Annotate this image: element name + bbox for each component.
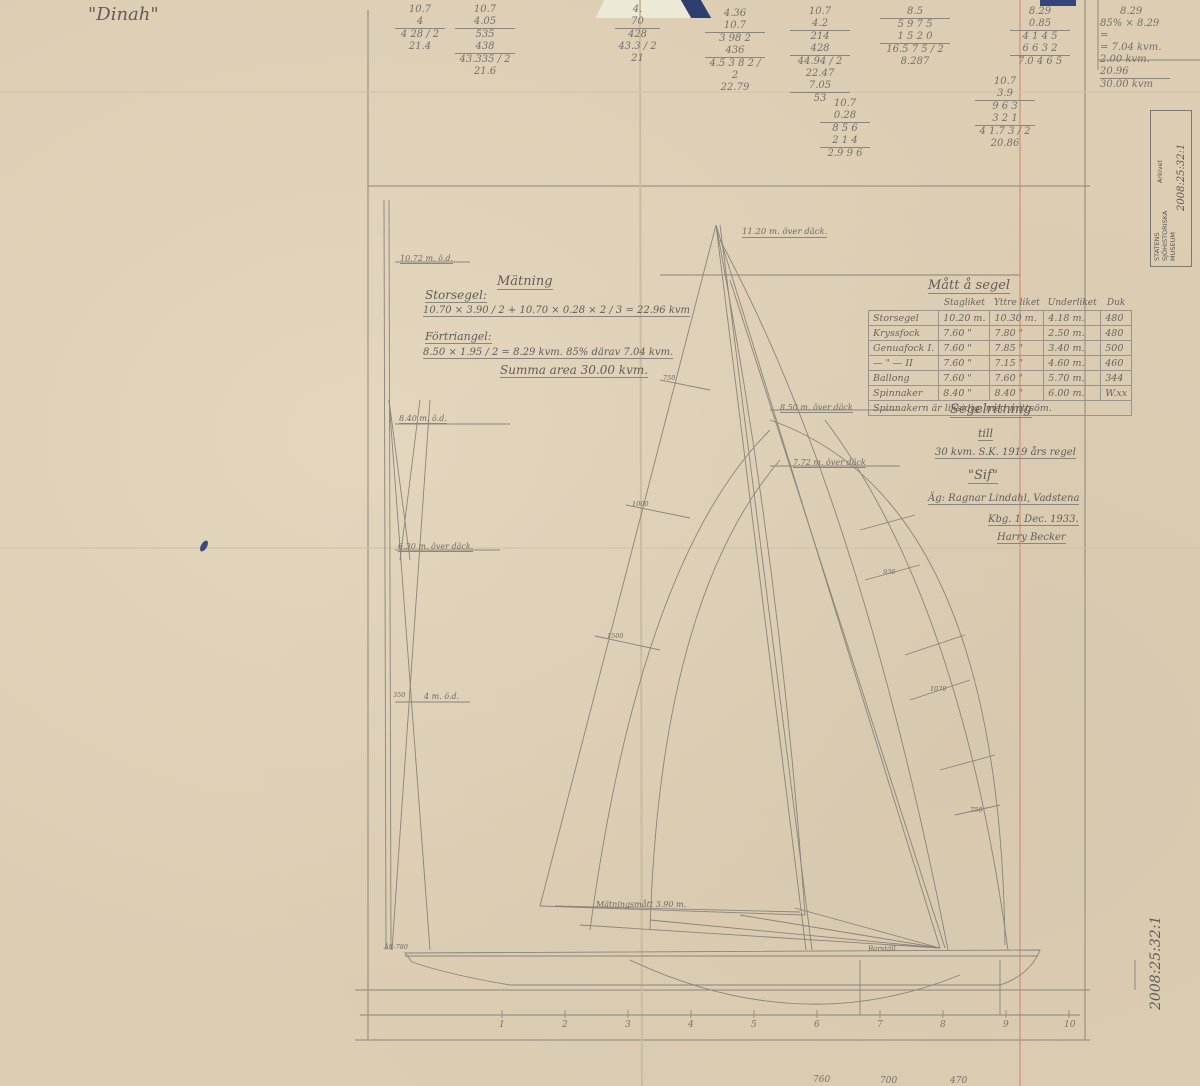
calc-col-5: 10.74.221442844.94 / 222.477.0553 <box>790 6 850 105</box>
table-cell: 500 <box>1101 341 1132 356</box>
table-cell: 7.60 " <box>990 371 1044 386</box>
table-cell: 10.20 m. <box>939 311 990 326</box>
table-header <box>869 296 939 311</box>
table-cell: 480 <box>1101 326 1132 341</box>
dim-mark: Ält-780 <box>384 943 408 951</box>
left-label-4: 4 m. ö.d. <box>424 692 459 701</box>
table-row: Kryssfock 7.60 " 7.80 " 2.50 m. 480 <box>869 326 1132 341</box>
signature: Harry Becker <box>997 532 1066 544</box>
foretriangle-label: Förtriangel: <box>425 330 492 344</box>
calc-col-8: 10.73.99 6 33 2 14 1.7 3 / 220.86 <box>975 76 1035 150</box>
scale-tick: 5 <box>751 1020 757 1030</box>
calc-col-7: 8.290.854 1 4 56 6 3 27.0 4 6 5 <box>1010 6 1070 68</box>
calc-col-1: 10.744 28 / 221.4 <box>395 4 445 53</box>
scale-tick: 1 <box>499 1020 505 1030</box>
table-cell: 4.60 m. <box>1044 356 1101 371</box>
table-cell: — " — II <box>869 356 939 371</box>
table-header: Stagliket <box>939 296 990 311</box>
table-row: Genuafock I. 7.60 " 7.85 " 3.40 m. 500 <box>869 341 1132 356</box>
calc-col-6: 8.55 9 7 51 5 2 016.5 7 5 / 28.287 <box>880 6 950 68</box>
scale-tick: 6 <box>814 1020 820 1030</box>
scale-tick: 2 <box>562 1020 568 1030</box>
table-cell: 480 <box>1101 311 1132 326</box>
table-row: — " — II 7.60 " 7.15 " 4.60 m. 460 <box>869 356 1132 371</box>
calc-col-4: 4.3610.73 98 24364.5 3 8 2 / 222.79 <box>705 8 765 94</box>
scale-tick: 8 <box>940 1020 946 1030</box>
table-cell: 7.85 " <box>990 341 1044 356</box>
bottom-mark: 700 <box>880 1076 897 1086</box>
dim-mark: 1500 <box>607 632 624 640</box>
table-cell: 7.60 " <box>939 356 990 371</box>
sail-dimensions-table: Stagliket Yttre liket Underliket Duk Sto… <box>868 296 1132 416</box>
dim-mark: 1070 <box>930 685 947 693</box>
table-header: Yttre liket <box>990 296 1044 311</box>
table-cell: 4.18 m. <box>1044 311 1101 326</box>
left-label-3: 6.30 m. över däck. <box>398 542 473 552</box>
dim-mark: 1000 <box>632 500 649 508</box>
table-cell: 3.40 m. <box>1044 341 1101 356</box>
bottom-mark: 760 <box>813 1075 830 1085</box>
table-cell: 5.70 m. <box>1044 371 1101 386</box>
area-calc-heading: Mätning <box>497 274 553 290</box>
table-cell: Ballong <box>869 371 939 386</box>
mainsail-label: Storsegel: <box>425 288 487 303</box>
dim-mark: 750 <box>663 374 675 382</box>
table-cell: 8.40 " <box>990 386 1044 401</box>
scale-tick: 9 <box>1003 1020 1009 1030</box>
table-cell: Genuafock I. <box>869 341 939 356</box>
owner: Äg: Ragnar Lindahl, Vadstena <box>928 493 1079 505</box>
plan-class: 30 kvm. S.K. 1919 års regel <box>935 447 1076 459</box>
jib-hoist-label-1: 8.50 m. över däck <box>780 403 853 413</box>
scale-tick: 10 <box>1064 1020 1075 1030</box>
dim-mark: 750 <box>970 806 982 814</box>
total-area: Summa area 30.00 kvm. <box>500 363 648 378</box>
place-date: Kbg. 1 Dec. 1933. <box>988 514 1079 526</box>
calc-col-2: 10.74.0553543843.335 / 221.6 <box>455 4 515 78</box>
plan-heading: Segelritning <box>950 402 1032 418</box>
table-cell: 8.40 " <box>939 386 990 401</box>
left-label-2: 8.40 m. ö.d. <box>399 414 447 424</box>
table-cell: Storsegel <box>869 311 939 326</box>
foretriangle-formula: 8.50 × 1.95 / 2 = 8.29 kvm. 85% därav 7.… <box>423 347 673 359</box>
mainsail-formula: 10.70 × 3.90 / 2 + 10.70 × 0.28 × 2 / 3 … <box>423 305 690 317</box>
bottom-mark: 470 <box>950 1076 967 1086</box>
plan-till: till <box>978 427 993 441</box>
table-row: Spinnaker 8.40 " 8.40 " 6.00 m. W.xx <box>869 386 1132 401</box>
table-row: Storsegel 10.20 m. 10.30 m. 4.18 m. 480 <box>869 311 1132 326</box>
table-cell: 7.60 " <box>939 341 990 356</box>
table-cell: 460 <box>1101 356 1132 371</box>
boat-name: "Sif" <box>968 468 998 484</box>
table-row: Ballong 7.60 " 7.60 " 5.70 m. 344 <box>869 371 1132 386</box>
dim-mark: 936 <box>883 568 895 576</box>
table-cell: 7.60 " <box>939 326 990 341</box>
left-top-label: 10.72 m. ö.d. <box>400 254 453 264</box>
scale-tick: 7 <box>877 1020 883 1030</box>
calc-col-9: 10.70.288 5 62 1 42.9 9 6 <box>820 98 870 160</box>
jib-hoist-label-2: 7.72 m. över däck <box>793 458 866 468</box>
table-cell: 7.80 " <box>990 326 1044 341</box>
mast-top-label: 11.20 m. över däck. <box>742 227 827 238</box>
boom-section-label: Mätningsmått 3.90 m. <box>596 900 686 909</box>
table-cell: Spinnaker <box>869 386 939 401</box>
table-cell: Kryssfock <box>869 326 939 341</box>
table-cell: 7.15 " <box>990 356 1044 371</box>
bowsprit-label: Barställ <box>868 945 896 953</box>
table-cell: 2.50 m. <box>1044 326 1101 341</box>
table-header: Duk <box>1101 296 1132 311</box>
drawing-title: "Dinah" <box>88 4 159 25</box>
sail-table-heading: Mått å segel <box>928 278 1010 294</box>
scale-tick: 3 <box>625 1020 631 1030</box>
table-cell: 344 <box>1101 371 1132 386</box>
calc-col-3: 4.7042843.3 / 221 <box>615 4 660 65</box>
dim-mark: 350 <box>393 691 405 699</box>
side-catalog-number: 2008:25:32:1 <box>1148 916 1164 1010</box>
scale-tick: 4 <box>688 1020 694 1030</box>
table-header: Underliket <box>1044 296 1101 311</box>
table-cell: 6.00 m. <box>1044 386 1101 401</box>
table-cell: 7.60 " <box>939 371 990 386</box>
calc-right-box: 8.29 85% × 8.29 = = 7.04 kvm. 2.00 kvm. … <box>1100 6 1170 91</box>
archive-stamp: STATENS SJÖHISTORISKA MUSEUM Arkivet 200… <box>1150 110 1192 267</box>
table-cell: W.xx <box>1101 386 1132 401</box>
table-cell: 10.30 m. <box>990 311 1044 326</box>
